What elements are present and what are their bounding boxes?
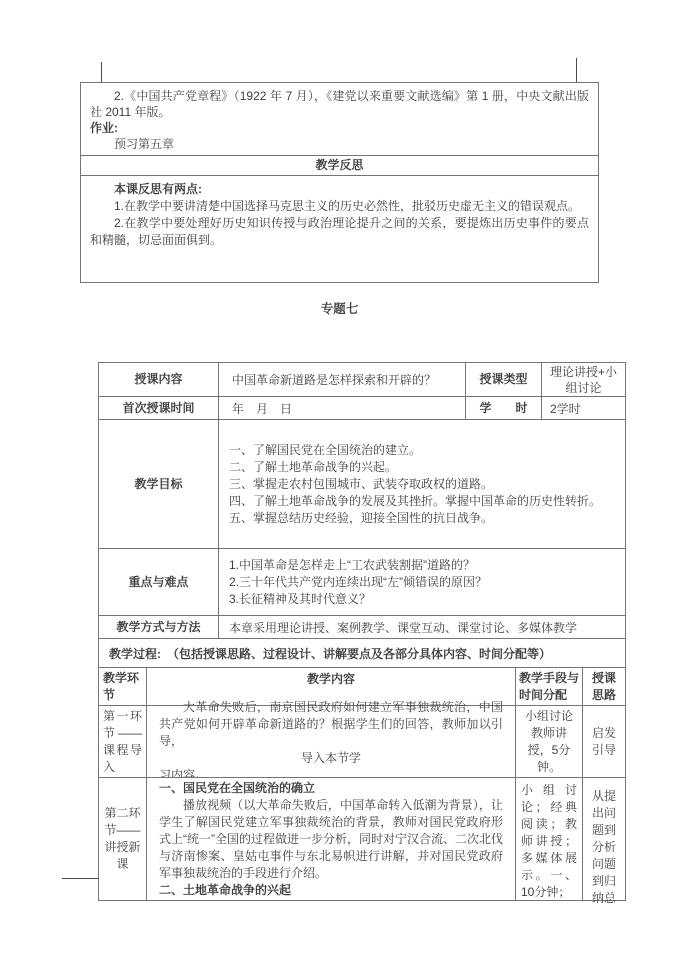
lesson-type-label: 授课类型 (465, 362, 542, 397)
key-point-item: 1.中国革命是怎样走上“工农武装割据”道路的？ (229, 557, 615, 574)
process-note-cell: 教学过程: （包括授课思路、过程设计、讲解要点及各部分具体内容、时间分配等） (98, 638, 626, 668)
stage2-name: 第二环节——讲授新课 (98, 777, 147, 901)
stage2-heading: 一、国民党在全国统治的确立 (159, 780, 503, 797)
key-points-cell: 1.中国革命是怎样走上“工农武装割据”道路的？ 2.三十年代共产党内连续出现“左… (218, 548, 626, 616)
key-points-label: 重点与难点 (98, 548, 219, 616)
hours-text: 2学时 (550, 400, 617, 417)
reflection-cell: 本课反思有两点: 1.在教学中要讲清楚中国选择马克思主义的历史必然性，批驳历史虚… (81, 176, 598, 249)
stage1-name: 第一环节——课程导入 (98, 705, 147, 778)
homework-label: 作业: (90, 120, 589, 136)
stage2-content: 一、国民党在全国统治的确立 播放视频（以大革命失败后，中国革命转入低潮为背景），… (146, 777, 516, 901)
lesson-content-label: 授课内容 (98, 362, 219, 397)
stage1-line: 大革命失败后，南京国民政府如何建立军事独裁统治，中国共产党如何开辟革命新道路的？… (159, 699, 503, 750)
stage2-paragraph: 播放视频（以大革命失败后，中国革命转入低潮为背景），让学生了解国民党建立军事独裁… (159, 797, 503, 882)
key-point-item: 3.长征精神及其时代意义？ (229, 591, 615, 608)
hours-value: 2学时 (541, 396, 626, 420)
reflection-intro: 本课反思有两点: (90, 181, 589, 198)
objective-item: 三、掌握走农村包围城市、武装夺取政权的道路。 (229, 476, 615, 493)
stage2-means: 小组讨论；经典阅读；教师讲授；多媒体展示。一、10分钟； (515, 777, 583, 901)
lesson-topic-text: 中国革命新道路是怎样探索和开辟的？ (232, 371, 452, 388)
objectives-cell: 一、了解国民党在全国统治的建立。 二、了解土地革命战争的兴起。 三、掌握走农村包… (218, 419, 626, 549)
crop-mark-top-right (576, 58, 577, 82)
stage2-heading: 二、土地革命战争的兴起 (159, 882, 503, 899)
lesson-type-value: 理论讲授+小组讨论 (541, 362, 626, 397)
methods-text: 本章采用理论讲授、案例教学、课堂互动、课堂讨论、多媒体教学 (229, 619, 615, 636)
header-means: 教学手段与时间分配 (515, 667, 583, 706)
topic-heading: 专题七 (80, 299, 599, 317)
reflection-point: 2.在教学中要处理好历史知识传授与政治理论提升之间的关系，要提炼出历史事件的要点… (90, 215, 589, 249)
methods-cell: 本章采用理论讲授、案例教学、课堂互动、课堂讨论、多媒体教学 (218, 615, 626, 639)
hours-label: 学 时 (465, 396, 542, 420)
lesson-content-value: 中国革命新道路是怎样探索和开辟的？ (218, 362, 466, 397)
objective-item: 五、掌握总结历史经验，迎接全国性的抗日战争。 (229, 510, 615, 527)
stage1-content: 大革命失败后，南京国民政府如何建立军事独裁统治，中国共产党如何开辟革命新道路的？… (146, 705, 516, 778)
stage2-approach: 从提出问题到分析问题到归纳总 (582, 777, 626, 901)
stage1-line: 导入本节学 (159, 750, 503, 767)
objective-item: 四、了解土地革命战争的发展及其挫折。掌握中国革命的历史性转折。 (229, 493, 615, 510)
homework-item: 预习第五章 (90, 136, 589, 152)
stage1-approach: 启发引导 (582, 705, 626, 778)
references-homework-cell: 2.《中国共产党章程》（1922 年 7 月），《建党以来重要文献选编》第 1 … (81, 83, 598, 152)
key-point-item: 2.三十年代共产党内连续出现“左”倾错误的原因？ (229, 574, 615, 591)
objective-item: 二、了解土地革命战争的兴起。 (229, 459, 615, 476)
header-stage: 教学环节 (98, 667, 147, 706)
header-approach: 授课思路 (582, 667, 626, 706)
document-page: 2.《中国共产党章程》（1922 年 7 月），《建党以来重要文献选编》第 1 … (0, 0, 678, 960)
crop-mark-bottom-left-h (62, 878, 102, 879)
objective-item: 一、了解国民党在全国统治的建立。 (229, 442, 615, 459)
reflection-point: 1.在教学中要讲清楚中国选择马克思主义的历史必然性，批驳历史虚无主义的错误观点。 (90, 198, 589, 215)
reference-entry: 2.《中国共产党章程》（1922 年 7 月），《建党以来重要文献选编》第 1 … (90, 88, 589, 120)
first-time-label: 首次授课时间 (98, 396, 219, 420)
date-blank-text: 年 月 日 (232, 400, 452, 417)
objectives-label: 教学目标 (98, 419, 219, 549)
first-time-value: 年 月 日 (218, 396, 466, 420)
reflection-header: 教学反思 (81, 156, 598, 175)
stage1-means: 小组讨论 教师讲授，5分钟。 (515, 705, 583, 778)
methods-label: 教学方式与方法 (98, 615, 219, 639)
